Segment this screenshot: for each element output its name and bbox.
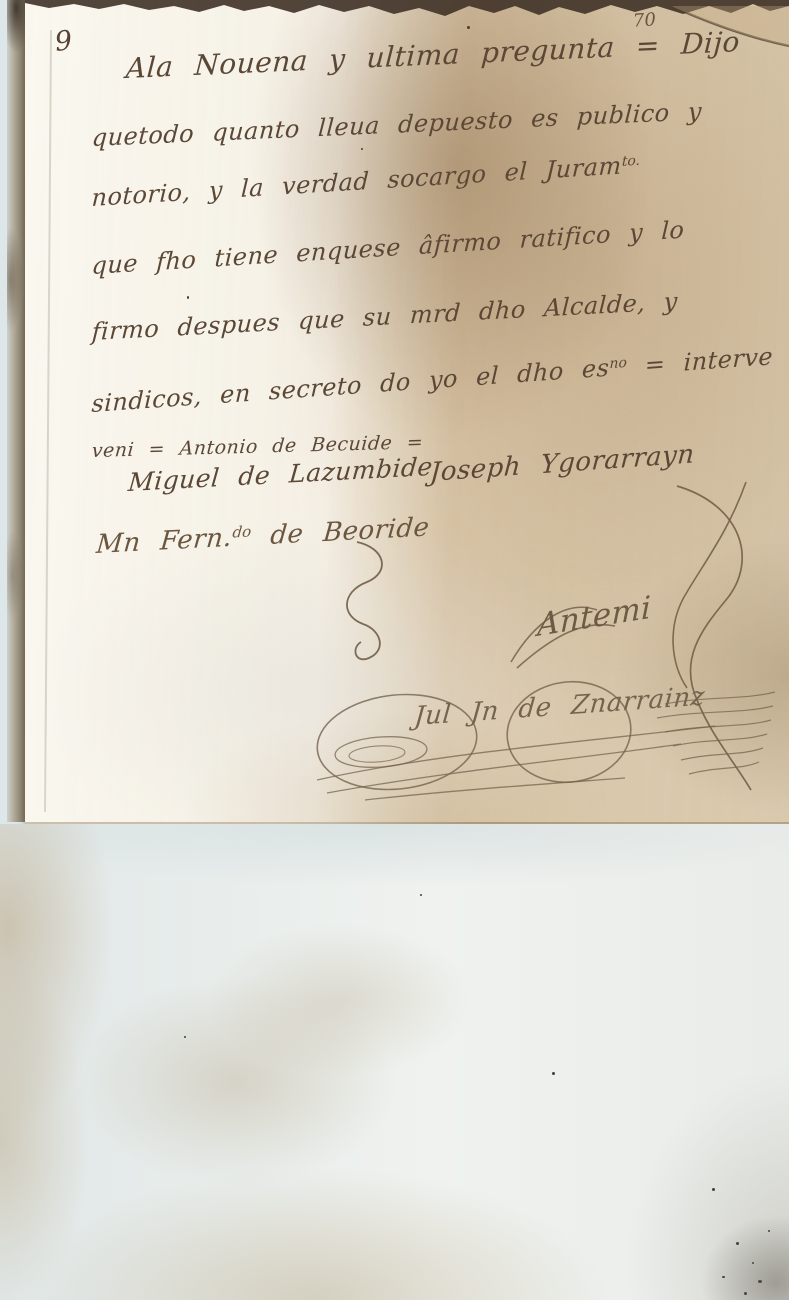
manuscript-line-4: que fho tiene enquese âfirmo ratifico y … xyxy=(91,216,685,280)
manuscript-line-3: notorio, y la verdad socargo el Juramto. xyxy=(91,150,640,212)
ink-speck xyxy=(552,1072,555,1075)
manuscript-line-2: quetodo quanto lleua depuesto es publico… xyxy=(91,97,703,152)
page-crease xyxy=(45,30,51,812)
line-3-superscript: to. xyxy=(622,153,641,170)
ink-speck xyxy=(420,894,422,896)
torn-edge xyxy=(25,0,789,16)
figure8-flourish xyxy=(677,486,751,790)
signature-oval-inner xyxy=(334,734,428,770)
ink-speck xyxy=(187,296,189,299)
corner-smudge-stain xyxy=(700,1215,789,1300)
book-page-edges xyxy=(7,0,25,822)
sig-3-end: de Beoride xyxy=(269,512,431,551)
sig-3-main: Mn Fern. xyxy=(95,523,233,560)
signature-oval-inner2 xyxy=(349,744,406,764)
signature-baseline-strokes xyxy=(317,726,715,800)
ink-speck xyxy=(467,26,470,29)
blank-page xyxy=(0,824,789,1300)
escribano-signature: Jul Jn de Znarrainz xyxy=(413,681,706,732)
manuscript-line-6: sindicos, en secreto do yo el dho esno =… xyxy=(91,342,774,418)
ante-mi-label: Antemi xyxy=(537,589,652,644)
manuscript-line-1: Ala Nouena y ultima pregunta = Dijo xyxy=(125,25,741,85)
line-6-main: sindicos, en secreto do yo el dho es xyxy=(91,354,610,418)
ink-speck xyxy=(184,1036,186,1038)
signature-joseph-ygorarrayn: Joseph Ygorarrayn xyxy=(429,439,696,488)
figure8-flourish-cross xyxy=(673,482,746,688)
manuscript-page: 9 70 Ala Nouena y ultima pregunta = Dijo… xyxy=(25,0,789,824)
signature-fernando-beoride: Mn Fern.do de Beoride xyxy=(95,512,431,560)
line-6-superscript: no xyxy=(609,355,627,372)
manuscript-scan: 9 70 Ala Nouena y ultima pregunta = Dijo… xyxy=(0,0,789,1300)
ink-speck xyxy=(712,1188,715,1191)
sig-3-superscript: do xyxy=(232,522,252,541)
manuscript-line-5: firmo despues que su mrd dho Alcalde, y xyxy=(91,287,678,346)
line-3-main: notorio, y la verdad socargo el Juram xyxy=(91,151,622,212)
margin-number: 9 xyxy=(53,25,73,58)
rubric-flourish xyxy=(347,542,382,659)
ink-speck xyxy=(361,148,363,150)
line-6-end: = interve xyxy=(644,342,773,379)
